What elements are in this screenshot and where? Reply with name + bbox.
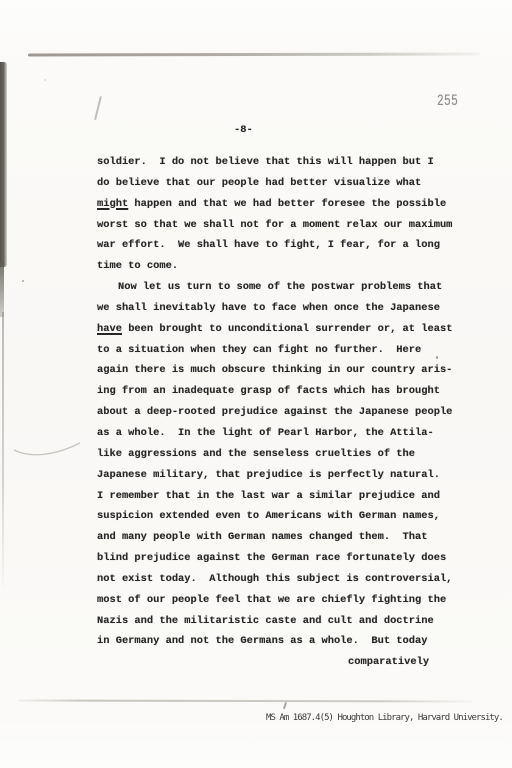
typed-text: we shall inevitably have to face when on…	[97, 302, 440, 314]
typed-line: suspicion extended even to Americans wit…	[97, 506, 477, 527]
typed-text: most of our people feel that we are chie…	[97, 594, 446, 606]
typed-line: worst so that we shall not for a moment …	[97, 215, 477, 236]
typed-text: Nazis and the militaristic caste and cul…	[97, 615, 434, 627]
typed-line: war effort. We shall have to fight, I fe…	[97, 235, 477, 256]
scan-speck	[22, 280, 24, 282]
typed-line: might happen and that we had better fore…	[97, 194, 477, 215]
typed-text: in Germany and not the Germans as a whol…	[97, 635, 427, 647]
typed-line: and many people with German names change…	[97, 527, 477, 548]
scan-speck	[44, 79, 46, 81]
page-bottom-edge	[18, 700, 472, 703]
typed-text: worst so that we shall not for a moment …	[97, 219, 452, 231]
underlined-word: have	[97, 323, 122, 335]
typed-text: about a deep-rooted prejudice against th…	[97, 406, 452, 418]
typed-text: to a situation when they can fight no fu…	[97, 344, 421, 356]
pencil-slash-mark	[94, 96, 101, 120]
typed-text: war effort. We shall have to fight, I fe…	[97, 239, 440, 251]
typed-line: Now let us turn to some of the postwar p…	[97, 277, 477, 298]
page-left-edge-line	[2, 312, 4, 587]
page-top-edge	[28, 53, 480, 57]
page-number: -8-	[234, 124, 253, 136]
scanned-document-page: 255 -8- soldier. I do not believe that t…	[0, 0, 512, 768]
library-credit-line: MS Am 1687.4(5) Houghton Library, Harvar…	[266, 712, 503, 724]
scan-speck	[436, 356, 438, 359]
typed-line: not exist today. Although this subject i…	[97, 569, 477, 590]
typed-line: as a whole. In the light of Pearl Harbor…	[97, 423, 477, 444]
typed-text: time to come.	[97, 260, 178, 272]
typed-line: again there is much obscure thinking in …	[97, 360, 477, 381]
typed-line: Nazis and the militaristic caste and cul…	[97, 611, 477, 632]
typed-line: time to come.	[97, 256, 477, 277]
typed-text: again there is much obscure thinking in …	[97, 364, 452, 376]
folio-number-stamp: 255	[437, 93, 458, 110]
typed-line: blind prejudice against the German race …	[97, 548, 477, 569]
typed-line: I remember that in the last war a simila…	[97, 486, 477, 507]
typed-line: Japanese military, that prejudice is per…	[97, 465, 477, 486]
typed-text: happen and that we had better foresee th…	[128, 198, 446, 210]
typed-text: not exist today. Although this subject i…	[97, 573, 452, 585]
typed-line: in Germany and not the Germans as a whol…	[97, 631, 477, 652]
typed-line: to a situation when they can fight no fu…	[97, 340, 477, 361]
typed-text: comparatively	[348, 656, 429, 668]
typed-line: do believe that our people had better vi…	[97, 173, 477, 194]
typed-line: have been brought to unconditional surre…	[97, 319, 477, 340]
underlined-word: might	[97, 198, 128, 210]
typed-text: soldier. I do not believe that this will…	[97, 156, 434, 168]
typed-text: do believe that our people had better vi…	[97, 177, 421, 189]
typed-line: soldier. I do not believe that this will…	[97, 152, 477, 173]
typed-line: most of our people feel that we are chie…	[97, 590, 477, 611]
typed-text: been brought to unconditional surrender …	[122, 323, 452, 335]
typed-text: Now let us turn to some of the postwar p…	[118, 281, 442, 293]
typed-body: soldier. I do not believe that this will…	[97, 152, 477, 673]
typed-line: we shall inevitably have to face when on…	[97, 298, 477, 319]
page-left-edge-shadow-fade	[0, 262, 4, 317]
typed-line: about a deep-rooted prejudice against th…	[97, 402, 477, 423]
typed-line: ing from an inadequate grasp of facts wh…	[97, 381, 477, 402]
typed-text: as a whole. In the light of Pearl Harbor…	[97, 427, 434, 439]
typed-text: like aggressions and the senseless cruel…	[97, 448, 415, 460]
typed-text: ing from an inadequate grasp of facts wh…	[97, 385, 440, 397]
typed-text: suspicion extended even to Americans wit…	[97, 510, 440, 522]
typed-text: Japanese military, that prejudice is per…	[97, 469, 440, 481]
typed-text: blind prejudice against the German race …	[97, 552, 446, 564]
pencil-tick-mark	[283, 702, 287, 709]
pencil-swoosh-mark	[12, 436, 84, 462]
page-left-edge-shadow	[0, 62, 7, 267]
typed-line: comparatively	[97, 652, 477, 673]
typed-text: I remember that in the last war a simila…	[97, 490, 440, 502]
typed-line: like aggressions and the senseless cruel…	[97, 444, 477, 465]
typed-text: and many people with German names change…	[97, 531, 427, 543]
